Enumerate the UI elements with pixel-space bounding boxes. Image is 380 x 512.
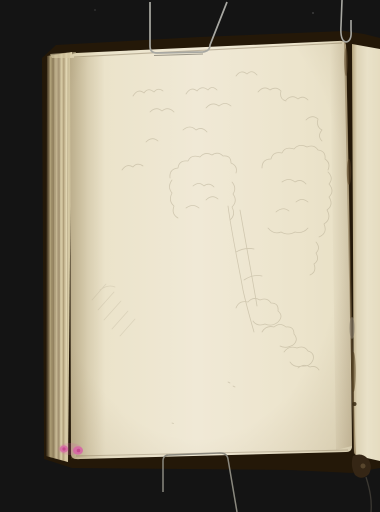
facing-page-sliver <box>352 44 380 461</box>
sketchbook-photo-canvas <box>0 0 380 512</box>
page-vignette <box>70 41 352 459</box>
sketchbook-photo <box>0 0 380 512</box>
